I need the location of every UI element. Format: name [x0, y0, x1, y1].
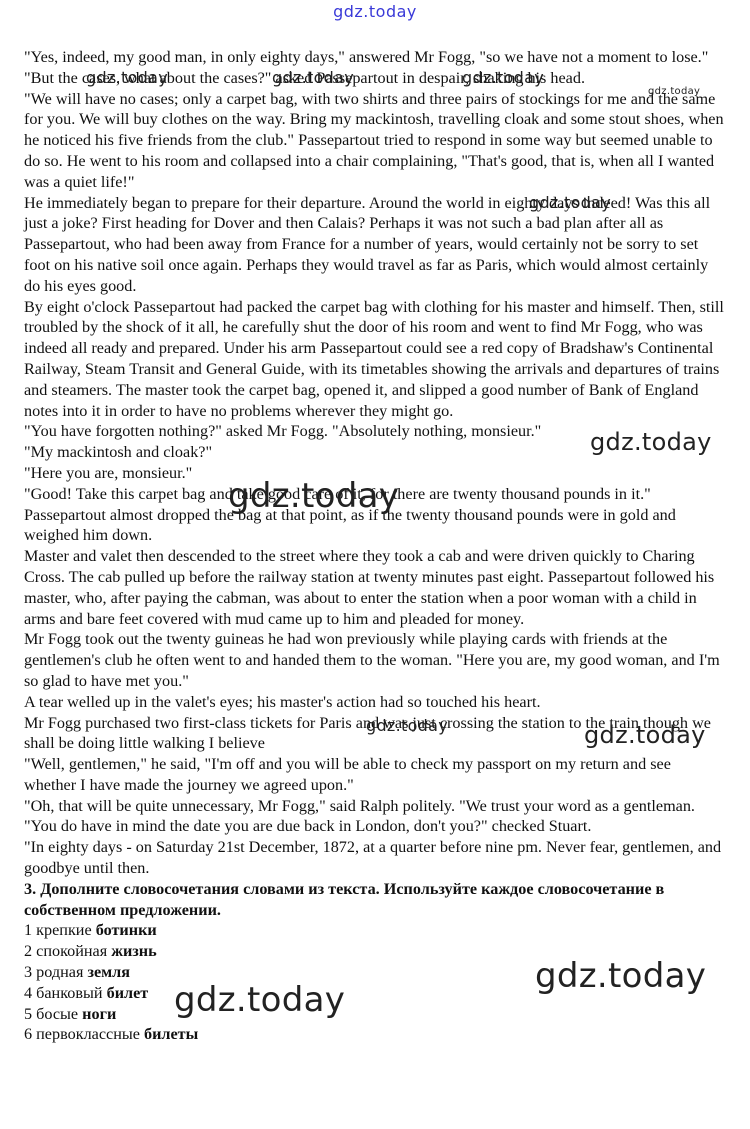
paragraph: Mr Fogg took out the twenty guineas he h…: [24, 629, 724, 691]
task-heading: 3. Дополните словосочетания словами из т…: [24, 879, 724, 921]
task-answer: ботинки: [96, 921, 157, 939]
watermark: gdz.today: [366, 716, 448, 735]
paragraph: "Yes, indeed, my good man, in only eight…: [24, 47, 724, 68]
header-watermark: gdz.today: [0, 2, 750, 21]
task-answer: билеты: [144, 1025, 198, 1043]
watermark: gdz.today: [535, 956, 706, 996]
task-item: 6 первоклассные билеты: [24, 1024, 724, 1045]
paragraph: "Well, gentlemen," he said, "I'm off and…: [24, 754, 724, 796]
watermark: gdz.today: [272, 68, 354, 87]
paragraph: By eight o'clock Passepartout had packed…: [24, 297, 724, 422]
paragraph: "You do have in mind the date you are du…: [24, 816, 724, 837]
watermark: gdz.today: [174, 980, 345, 1020]
task-answer: земля: [87, 963, 130, 981]
watermark: gdz.today: [648, 86, 700, 97]
watermark: gdz.today: [228, 476, 399, 516]
watermark: gdz.today: [462, 68, 544, 87]
paragraph: He immediately began to prepare for thei…: [24, 193, 724, 297]
paragraph: A tear welled up in the valet's eyes; hi…: [24, 692, 724, 713]
task-answer: жизнь: [111, 942, 156, 960]
paragraph: Master and valet then descended to the s…: [24, 546, 724, 629]
task-answer: билет: [107, 984, 149, 1002]
task-item: 5 босые ноги: [24, 1004, 724, 1025]
watermark: gdz.today: [86, 68, 168, 87]
watermark: gdz.today: [590, 428, 712, 456]
watermark: gdz.today: [584, 721, 706, 749]
task-answer: ноги: [82, 1005, 116, 1023]
watermark: gdz.today: [529, 193, 611, 212]
paragraph: "We will have no cases; only a carpet ba…: [24, 89, 724, 193]
document-body: "Yes, indeed, my good man, in only eight…: [24, 47, 724, 1045]
paragraph: "In eighty days - on Saturday 21st Decem…: [24, 837, 724, 879]
paragraph: "Oh, that will be quite unnecessary, Mr …: [24, 796, 724, 817]
task-item: 1 крепкие ботинки: [24, 920, 724, 941]
